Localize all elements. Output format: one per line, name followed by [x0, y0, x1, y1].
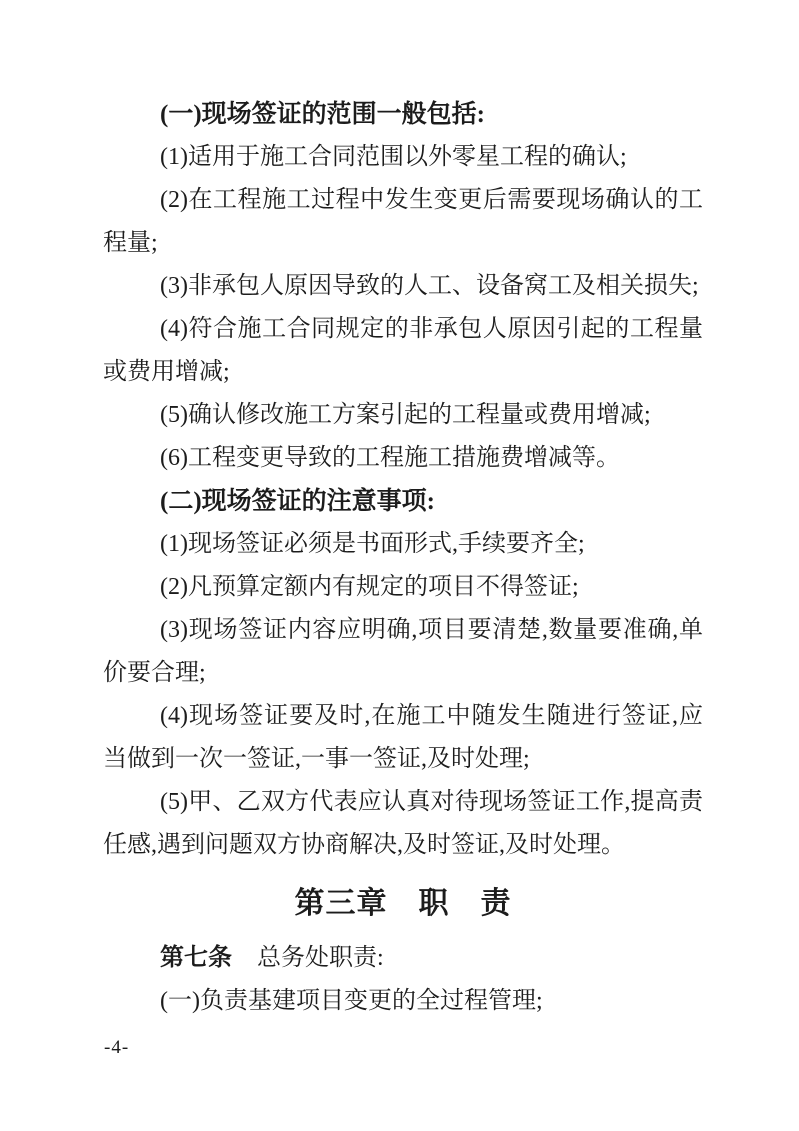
section-2-item-4: (4)现场签证要及时,在施工中随发生随进行签证,应当做到一次一签证,一事一签证,…	[103, 695, 703, 781]
document-body: (一)现场签证的范围一般包括: (1)适用于施工合同范围以外零星工程的确认; (…	[103, 93, 703, 1023]
chapter-heading: 第三章 职 责	[103, 879, 703, 929]
section-2-item-1: (1)现场签证必须是书面形式,手续要齐全;	[103, 523, 703, 566]
section-2-item-5: (5)甲、乙双方代表应认真对待现场签证工作,提高责任感,遇到问题双方协商解决,及…	[103, 781, 703, 867]
section-1-item-6: (6)工程变更导致的工程施工措施费增减等。	[103, 437, 703, 480]
document-page: (一)现场签证的范围一般包括: (1)适用于施工合同范围以外零星工程的确认; (…	[0, 0, 799, 1131]
section-1-item-1: (1)适用于施工合同范围以外零星工程的确认;	[103, 136, 703, 179]
page-number: -4-	[104, 1036, 129, 1060]
section-1-item-2: (2)在工程施工过程中发生变更后需要现场确认的工程量;	[103, 179, 703, 265]
article-7-number: 第七条	[160, 945, 232, 971]
section-1-item-3: (3)非承包人原因导致的人工、设备窝工及相关损失;	[103, 265, 703, 308]
section-2-item-2: (2)凡预算定额内有规定的项目不得签证;	[103, 566, 703, 609]
section-1-item-5: (5)确认修改施工方案引起的工程量或费用增减;	[103, 394, 703, 437]
article-7-heading: 第七条总务处职责:	[103, 937, 703, 980]
section-1-heading: (一)现场签证的范围一般包括:	[103, 93, 703, 136]
section-2-item-3: (3)现场签证内容应明确,项目要清楚,数量要准确,单价要合理;	[103, 609, 703, 695]
article-7-item-1: (一)负责基建项目变更的全过程管理;	[103, 980, 703, 1023]
section-2-heading: (二)现场签证的注意事项:	[103, 480, 703, 523]
section-1-item-4: (4)符合施工合同规定的非承包人原因引起的工程量或费用增减;	[103, 308, 703, 394]
article-7-title: 总务处职责:	[257, 945, 384, 971]
